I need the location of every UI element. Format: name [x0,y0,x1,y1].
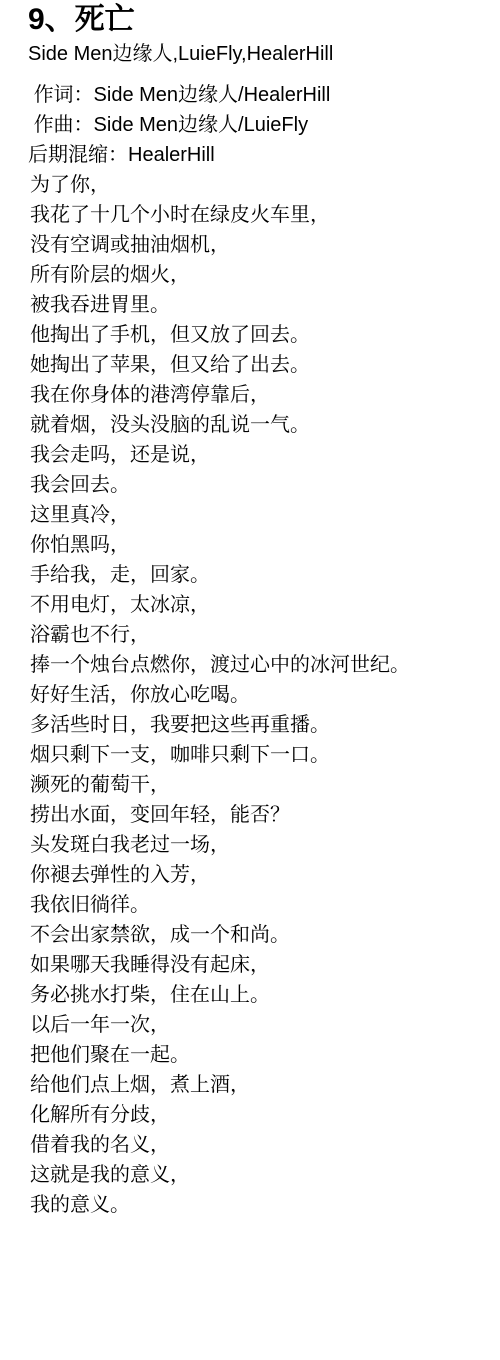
lyric-line: 被我吞进胃里。 [30,290,490,320]
page-title: 9、死亡 [28,0,490,40]
lyric-line: 化解所有分歧， [30,1100,490,1130]
lyric-line: 浴霸也不行， [30,620,490,650]
lyrics-block: 为了你，我花了十几个小时在绿皮火车里，没有空调或抽油烟机，所有阶层的烟火，被我吞… [30,170,490,1220]
lyric-line: 不会出家禁欲，成一个和尚。 [30,920,490,950]
lyric-line: 我会走吗，还是说， [30,440,490,470]
lyric-line: 你怕黑吗， [30,530,490,560]
lyric-line: 这就是我的意义， [30,1160,490,1190]
lyric-line: 烟只剩下一支，咖啡只剩下一口。 [30,740,490,770]
lyric-line: 把他们聚在一起。 [30,1040,490,1070]
lyric-line: 所有阶层的烟火， [30,260,490,290]
lyric-line: 她掏出了苹果，但又给了出去。 [30,350,490,380]
lyric-line: 我会回去。 [30,470,490,500]
lyric-line: 多活些时日，我要把这些再重播。 [30,710,490,740]
credit-line: 后期混缩：HealerHill [28,140,490,170]
lyric-line: 给他们点上烟，煮上酒， [30,1070,490,1100]
lyric-line: 我的意义。 [30,1190,490,1220]
lyric-line: 头发斑白我老过一场， [30,830,490,860]
lyric-line: 以后一年一次， [30,1010,490,1040]
lyric-line: 为了你， [30,170,490,200]
lyric-line: 我在你身体的港湾停靠后， [30,380,490,410]
credit-line: 作曲：Side Men边缘人/LuieFly [28,110,490,140]
lyrics-page: 9、死亡 Side Men边缘人,LuieFly,HealerHill 作词：S… [0,0,500,1220]
credit-line: 作词：Side Men边缘人/HealerHill [28,80,490,110]
lyric-line: 借着我的名义， [30,1130,490,1160]
artists-line: Side Men边缘人,LuieFly,HealerHill [28,40,490,68]
lyric-line: 没有空调或抽油烟机， [30,230,490,260]
lyric-line: 你褪去弹性的入芳， [30,860,490,890]
credits-block: 作词：Side Men边缘人/HealerHill 作曲：Side Men边缘人… [28,80,490,170]
lyric-line: 务必挑水打柴，住在山上。 [30,980,490,1010]
lyric-line: 好好生活，你放心吃喝。 [30,680,490,710]
lyric-line: 我花了十几个小时在绿皮火车里， [30,200,490,230]
lyric-line: 捧一个烛台点燃你，渡过心中的冰河世纪。 [30,650,490,680]
lyric-line: 这里真冷， [30,500,490,530]
lyric-line: 濒死的葡萄干， [30,770,490,800]
lyric-line: 手给我，走，回家。 [30,560,490,590]
lyric-line: 如果哪天我睡得没有起床， [30,950,490,980]
lyric-line: 不用电灯，太冰凉， [30,590,490,620]
lyric-line: 我依旧徜徉。 [30,890,490,920]
lyric-line: 捞出水面，变回年轻，能否？ [30,800,490,830]
lyric-line: 就着烟，没头没脑的乱说一气。 [30,410,490,440]
lyric-line: 他掏出了手机，但又放了回去。 [30,320,490,350]
